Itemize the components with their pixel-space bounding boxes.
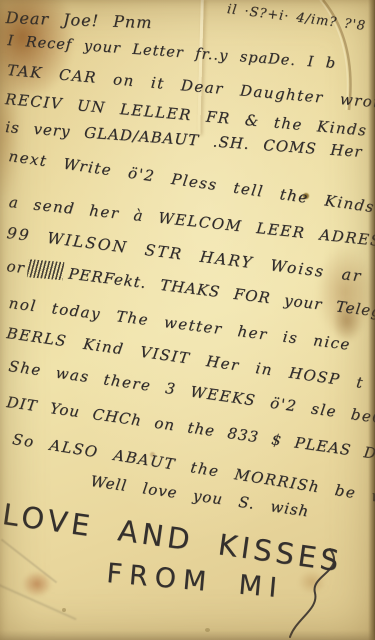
paper-stain-right-mid xyxy=(316,245,374,340)
scribbled-out-word xyxy=(27,259,64,280)
letter-line-fragment: or xyxy=(6,257,26,277)
signature-flourish xyxy=(268,545,352,640)
salutation: Dear Joe! Pnm xyxy=(5,8,152,32)
paper-stain-bottom-left xyxy=(22,571,52,597)
handwritten-letter-photo: Dear Joe! Pnm il ·S?+i· 4/im? ?'8 I Rece… xyxy=(0,0,375,640)
crease-line-bottom-left-2 xyxy=(0,582,77,620)
paper-speck xyxy=(62,608,66,612)
crease-line-bottom-left-1 xyxy=(1,539,57,584)
